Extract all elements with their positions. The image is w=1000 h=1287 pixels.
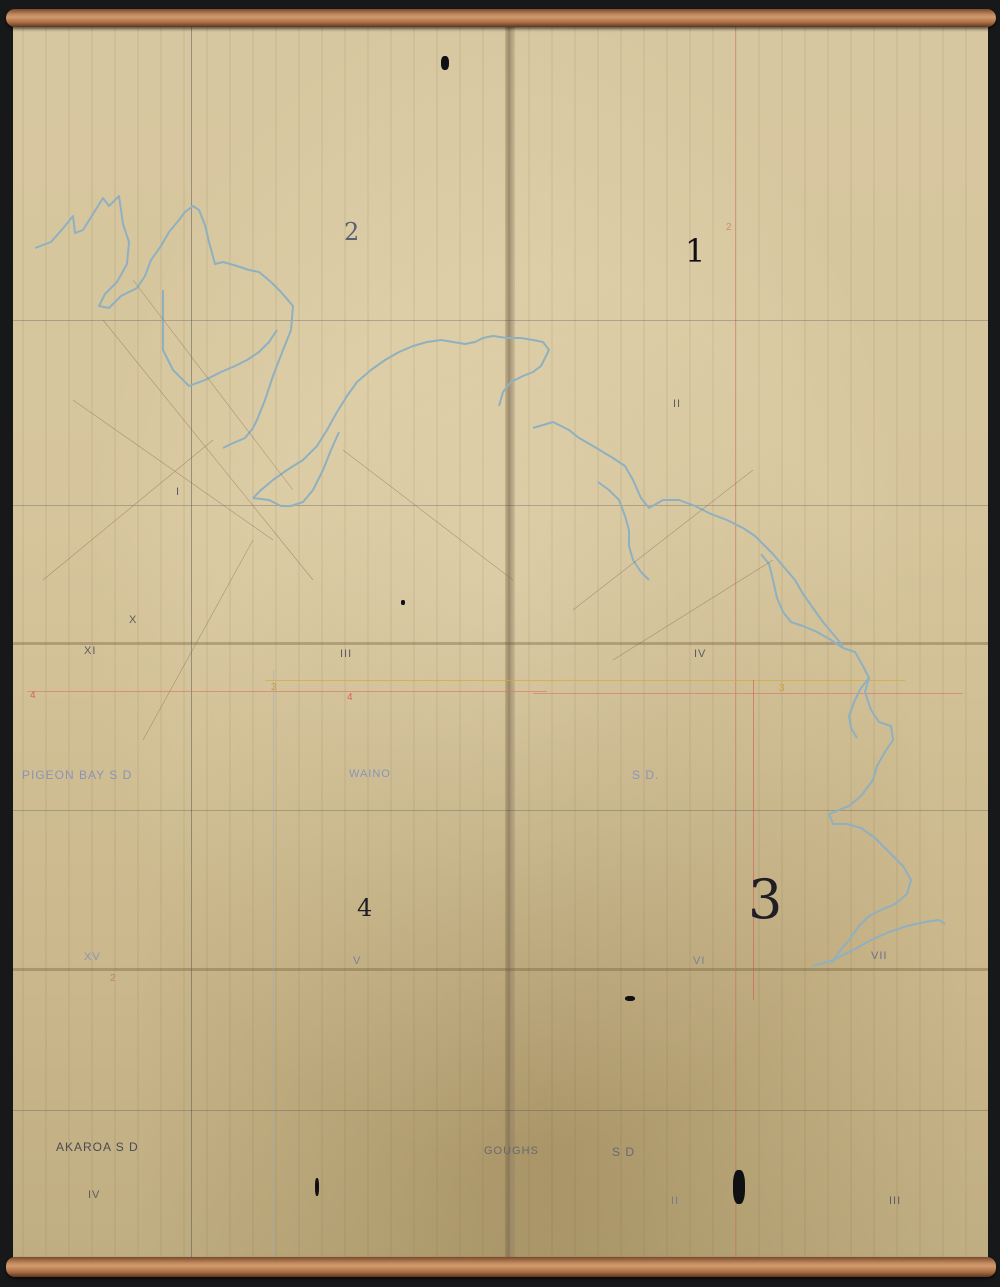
region-label-goughs: GOUGHS — [484, 1145, 539, 1157]
grid-number: 2 — [110, 973, 117, 984]
grid-number: 2 — [726, 222, 733, 233]
region-label-waino-sd: S D. — [632, 768, 659, 782]
map-sheet: PIGEON BAY S D WAINO S D. AKAROA S D GOU… — [13, 20, 988, 1266]
block-numeral: VII — [871, 950, 887, 962]
block-numeral: II — [671, 1195, 679, 1207]
ink-blot — [625, 996, 635, 1001]
handwritten-number: 1 — [685, 232, 706, 270]
top-roller — [6, 9, 996, 27]
region-label-akaroa: AKAROA S D — [56, 1140, 139, 1154]
grid-number: 3 — [779, 683, 786, 694]
ink-blot — [315, 1178, 319, 1196]
ink-blot — [733, 1170, 745, 1204]
handwritten-number: 2 — [344, 218, 360, 246]
grid-number: 4 — [30, 690, 37, 701]
block-numeral: III — [889, 1195, 901, 1207]
grid-number: 3 — [271, 682, 278, 693]
coastline-drawing — [13, 20, 988, 1266]
block-numeral: I — [176, 486, 180, 498]
handwritten-number: 4 — [357, 894, 373, 922]
region-label-pigeon-bay: PIGEON BAY S D — [22, 768, 132, 782]
block-numeral: XV — [84, 951, 101, 963]
block-numeral: II — [673, 398, 681, 410]
region-label-goughs-sd: S D — [612, 1145, 635, 1159]
handwritten-number: 3 — [748, 868, 783, 931]
bottom-roller — [6, 1257, 996, 1277]
ink-blot — [401, 600, 405, 605]
block-numeral: X — [129, 614, 137, 626]
block-numeral: IV — [88, 1189, 100, 1201]
ink-blot — [441, 56, 449, 70]
block-numeral: XI — [84, 645, 96, 657]
block-numeral: III — [340, 648, 352, 660]
block-numeral: VI — [693, 955, 705, 967]
region-label-waino: WAINO — [349, 768, 391, 780]
block-numeral: V — [353, 955, 361, 967]
block-numeral: IV — [694, 648, 706, 660]
grid-number: 4 — [347, 692, 354, 703]
